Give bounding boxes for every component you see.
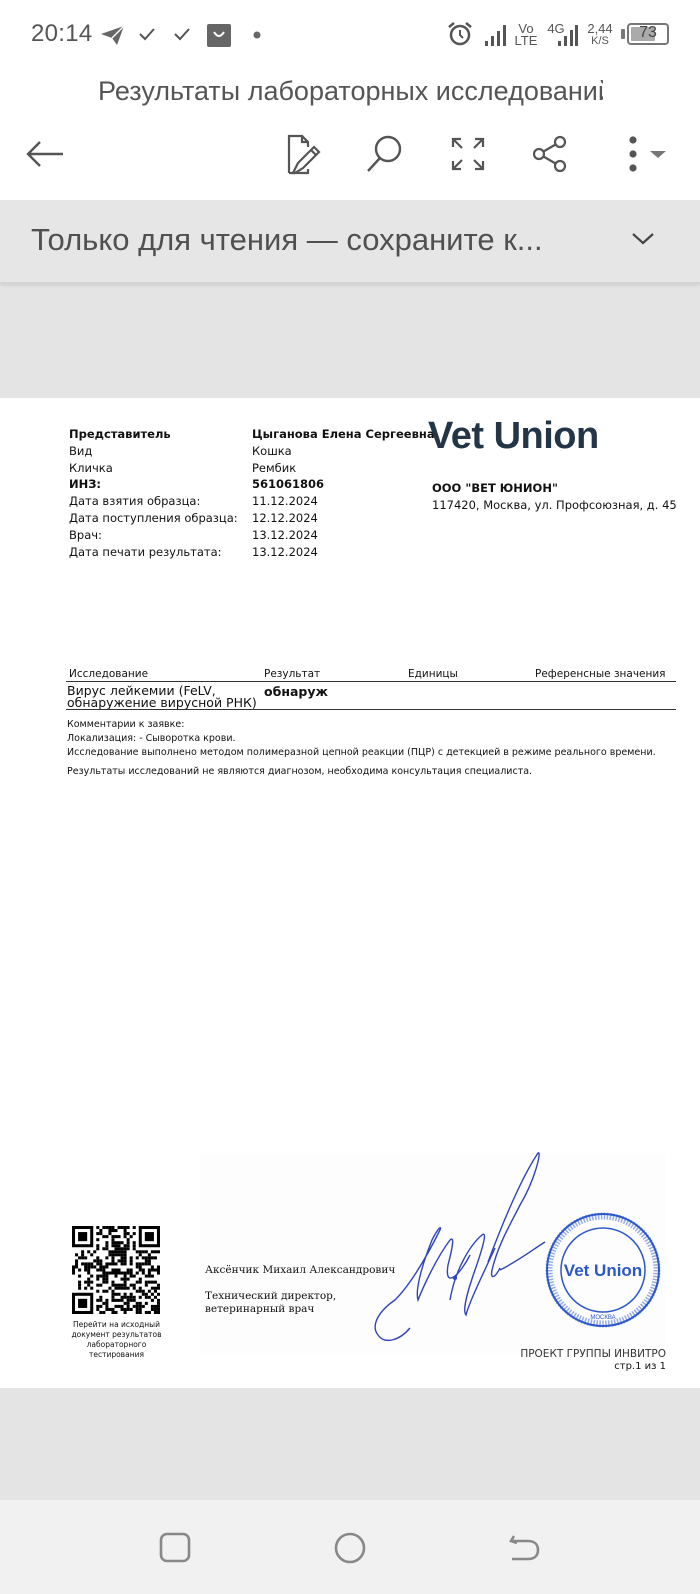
document-title: Результаты лабораторных исследований xyxy=(98,76,603,107)
info-label: Представитель xyxy=(69,427,171,441)
table-row-test: Вирус лейкемии (FeLV, обнаружение вирусн… xyxy=(67,685,257,708)
chevron-down-icon xyxy=(630,228,656,248)
info-value: 11.12.2024 xyxy=(252,494,318,508)
more-options-button[interactable] xyxy=(616,130,676,178)
info-value: Рембик xyxy=(252,461,296,475)
back-nav-button[interactable] xyxy=(495,1520,555,1576)
table-header-divider xyxy=(66,681,676,682)
column-header-reference: Референсные значения xyxy=(535,668,666,680)
read-only-banner[interactable]: Только для чтения — сохраните к... xyxy=(0,200,700,284)
share-button[interactable] xyxy=(527,130,575,178)
check-icon xyxy=(138,27,156,41)
info-value: Кошка xyxy=(252,444,292,458)
company-stamp: Vet Union МОСКВА xyxy=(544,1211,662,1329)
signer-name: Аксёнчик Михаил Александрович xyxy=(205,1264,395,1276)
signer-position: Технический директор, ветеринарный врач xyxy=(205,1290,336,1316)
info-label: Врач: xyxy=(69,528,102,542)
battery-nub xyxy=(621,29,625,39)
square-icon xyxy=(159,1532,191,1564)
net-speed: 2,44 K/S xyxy=(586,23,614,47)
comment-method: Исследование выполнено методом полимераз… xyxy=(67,747,656,758)
comment-heading: Комментарии к заявке: xyxy=(67,719,184,730)
search-icon xyxy=(364,134,404,174)
back-button[interactable] xyxy=(21,130,69,178)
page-number: стр.1 из 1 xyxy=(480,1361,666,1372)
recents-button[interactable] xyxy=(145,1520,205,1576)
info-label: Дата печати результата: xyxy=(69,545,222,559)
info-value: 13.12.2024 xyxy=(252,545,318,559)
column-header-test: Исследование xyxy=(69,668,148,680)
search-button[interactable] xyxy=(360,130,408,178)
fullscreen-button[interactable] xyxy=(444,130,492,178)
battery-percent: 73 xyxy=(627,24,669,42)
shop-bag-icon xyxy=(207,23,231,47)
home-button[interactable] xyxy=(320,1520,380,1576)
svg-text:МОСКВА: МОСКВА xyxy=(590,1315,615,1321)
signature-icon xyxy=(370,1150,550,1350)
qr-code[interactable] xyxy=(72,1226,160,1314)
qr-caption: Перейти на исходный документ результатов… xyxy=(60,1320,173,1360)
alarm-icon xyxy=(447,21,473,47)
column-header-units: Единицы xyxy=(408,668,458,680)
info-label: ИНЗ: xyxy=(69,477,101,491)
document-page: ПредставительЦыганова Елена СергеевнаВид… xyxy=(0,398,700,1388)
edit-button[interactable] xyxy=(278,130,326,178)
table-row-result: обнаруж xyxy=(264,684,328,699)
table-row-divider xyxy=(66,709,676,710)
company-address: 117420, Москва, ул. Профсоюзная, д. 45 xyxy=(432,498,677,512)
read-only-banner-text: Только для чтения — сохраните к... xyxy=(31,222,543,258)
vet-union-logo: Vet Union xyxy=(428,415,599,458)
project-label: ПРОЕКТ ГРУППЫ ИНВИТРО xyxy=(480,1348,666,1360)
company-name: ООО "ВЕТ ЮНИОН" xyxy=(432,481,558,495)
dot-icon xyxy=(253,31,261,39)
info-label: Кличка xyxy=(69,461,113,475)
status-time: 20:14 xyxy=(31,20,93,48)
svg-text:Vet Union: Vet Union xyxy=(564,1261,642,1280)
arrow-left-icon xyxy=(25,139,65,169)
fullscreen-icon xyxy=(450,136,486,172)
4g-signal-icon xyxy=(556,24,578,46)
circle-icon xyxy=(334,1532,366,1564)
info-label: Вид xyxy=(69,444,92,458)
more-vert-icon xyxy=(621,134,671,174)
check-icon xyxy=(173,27,191,41)
volte-icon: Vo LTE xyxy=(514,23,538,47)
telegram-icon xyxy=(100,24,126,46)
disclaimer: Результаты исследований не являются диаг… xyxy=(67,766,532,777)
signal-icon xyxy=(485,24,507,46)
info-value: Цыганова Елена Сергеевна xyxy=(252,427,435,441)
info-label: Дата поступления образца: xyxy=(69,511,238,525)
share-icon xyxy=(532,135,570,173)
edit-document-icon xyxy=(282,133,322,175)
status-bar: 20:14 Vo LTE 4G 2,44 K/S 73 xyxy=(0,0,700,70)
column-header-result: Результат xyxy=(264,668,320,680)
info-value: 12.12.2024 xyxy=(252,511,318,525)
info-value: 13.12.2024 xyxy=(252,528,318,542)
comment-localization: Локализация: - Сыворотка крови. xyxy=(67,733,236,744)
back-arrow-icon xyxy=(508,1532,542,1564)
info-value: 561061806 xyxy=(252,477,324,491)
info-label: Дата взятия образца: xyxy=(69,494,200,508)
banner-expand-button[interactable] xyxy=(630,228,656,253)
